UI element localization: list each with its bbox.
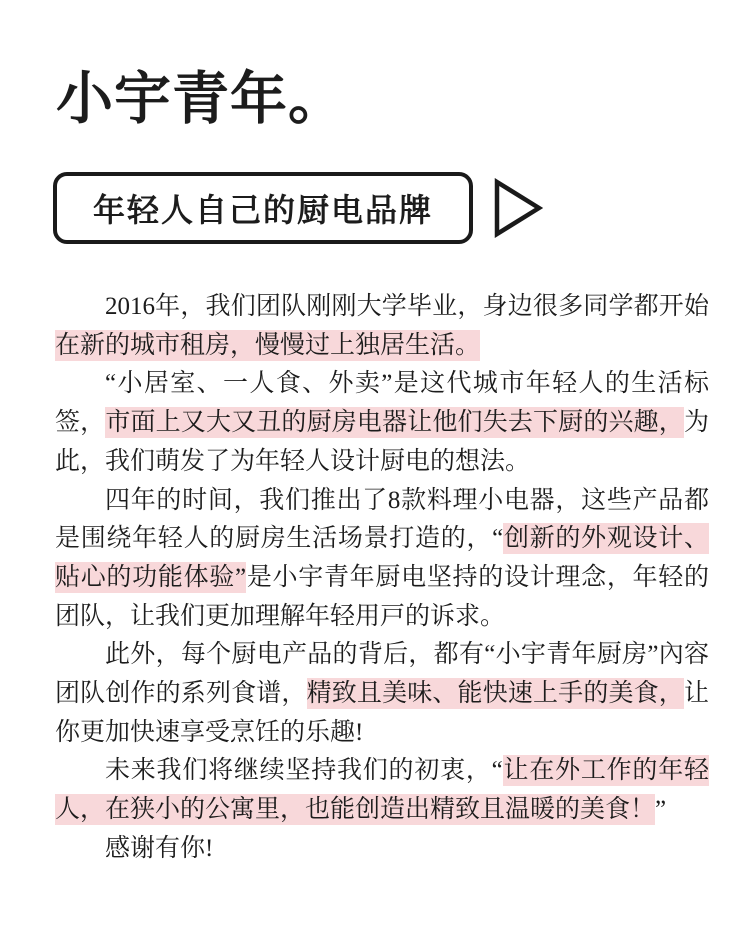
text-segment: 2016年，我们团队刚刚大学毕业，身边很多同学都开始 (105, 293, 709, 320)
paragraph: 感谢有你! (55, 830, 709, 869)
highlighted-text: 市面上又大又丑的厨房电器让他们失去下厨的兴趣， (105, 407, 684, 438)
tagline-text: 年轻人自己的厨电品牌 (93, 185, 433, 231)
paragraph: 未来我们将继续坚持我们的初衷，“让在外工作的年轻人，在狭小的公寓里，也能创造出精… (55, 752, 709, 829)
text-segment: 未来我们将继续坚持我们的初衷，“ (105, 757, 503, 784)
paragraph: “小居室、一人食、外卖”是这代城市年轻人的生活标签，市面上又大又丑的厨房电器让他… (55, 365, 709, 481)
text-segment: ” (655, 796, 666, 823)
tagline-box: 年轻人自己的厨电品牌 (53, 172, 473, 244)
brand-title: 小宇青年。 (56, 66, 346, 134)
paragraph: 2016年，我们团队刚刚大学毕业，身边很多同学都开始在新的城市租房，慢慢过上独居… (55, 288, 709, 365)
play-triangle-icon (493, 178, 543, 238)
tagline-row: 年轻人自己的厨电品牌 (53, 172, 543, 244)
highlighted-text: 精致且美味、能快速上手的美食， (307, 678, 684, 709)
paragraph: 四年的时间，我们推出了8款料理小电器，这些产品都是围绕年轻人的厨房生活场景打造的… (55, 482, 709, 637)
highlighted-text: 在新的城市租房，慢慢过上独居生活。 (55, 330, 480, 361)
brand-about-page: 小宇青年。 年轻人自己的厨电品牌 2016年，我们团队刚刚大学毕业，身边很多同学… (0, 0, 750, 927)
paragraph: 此外，每个厨电产品的背后，都有“小宇青年厨房”內容团队创作的系列食谱，精致且美味… (55, 636, 709, 752)
text-segment: 感谢有你! (105, 835, 213, 862)
about-article: 2016年，我们团队刚刚大学毕业，身边很多同学都开始在新的城市租房，慢慢过上独居… (55, 288, 709, 869)
